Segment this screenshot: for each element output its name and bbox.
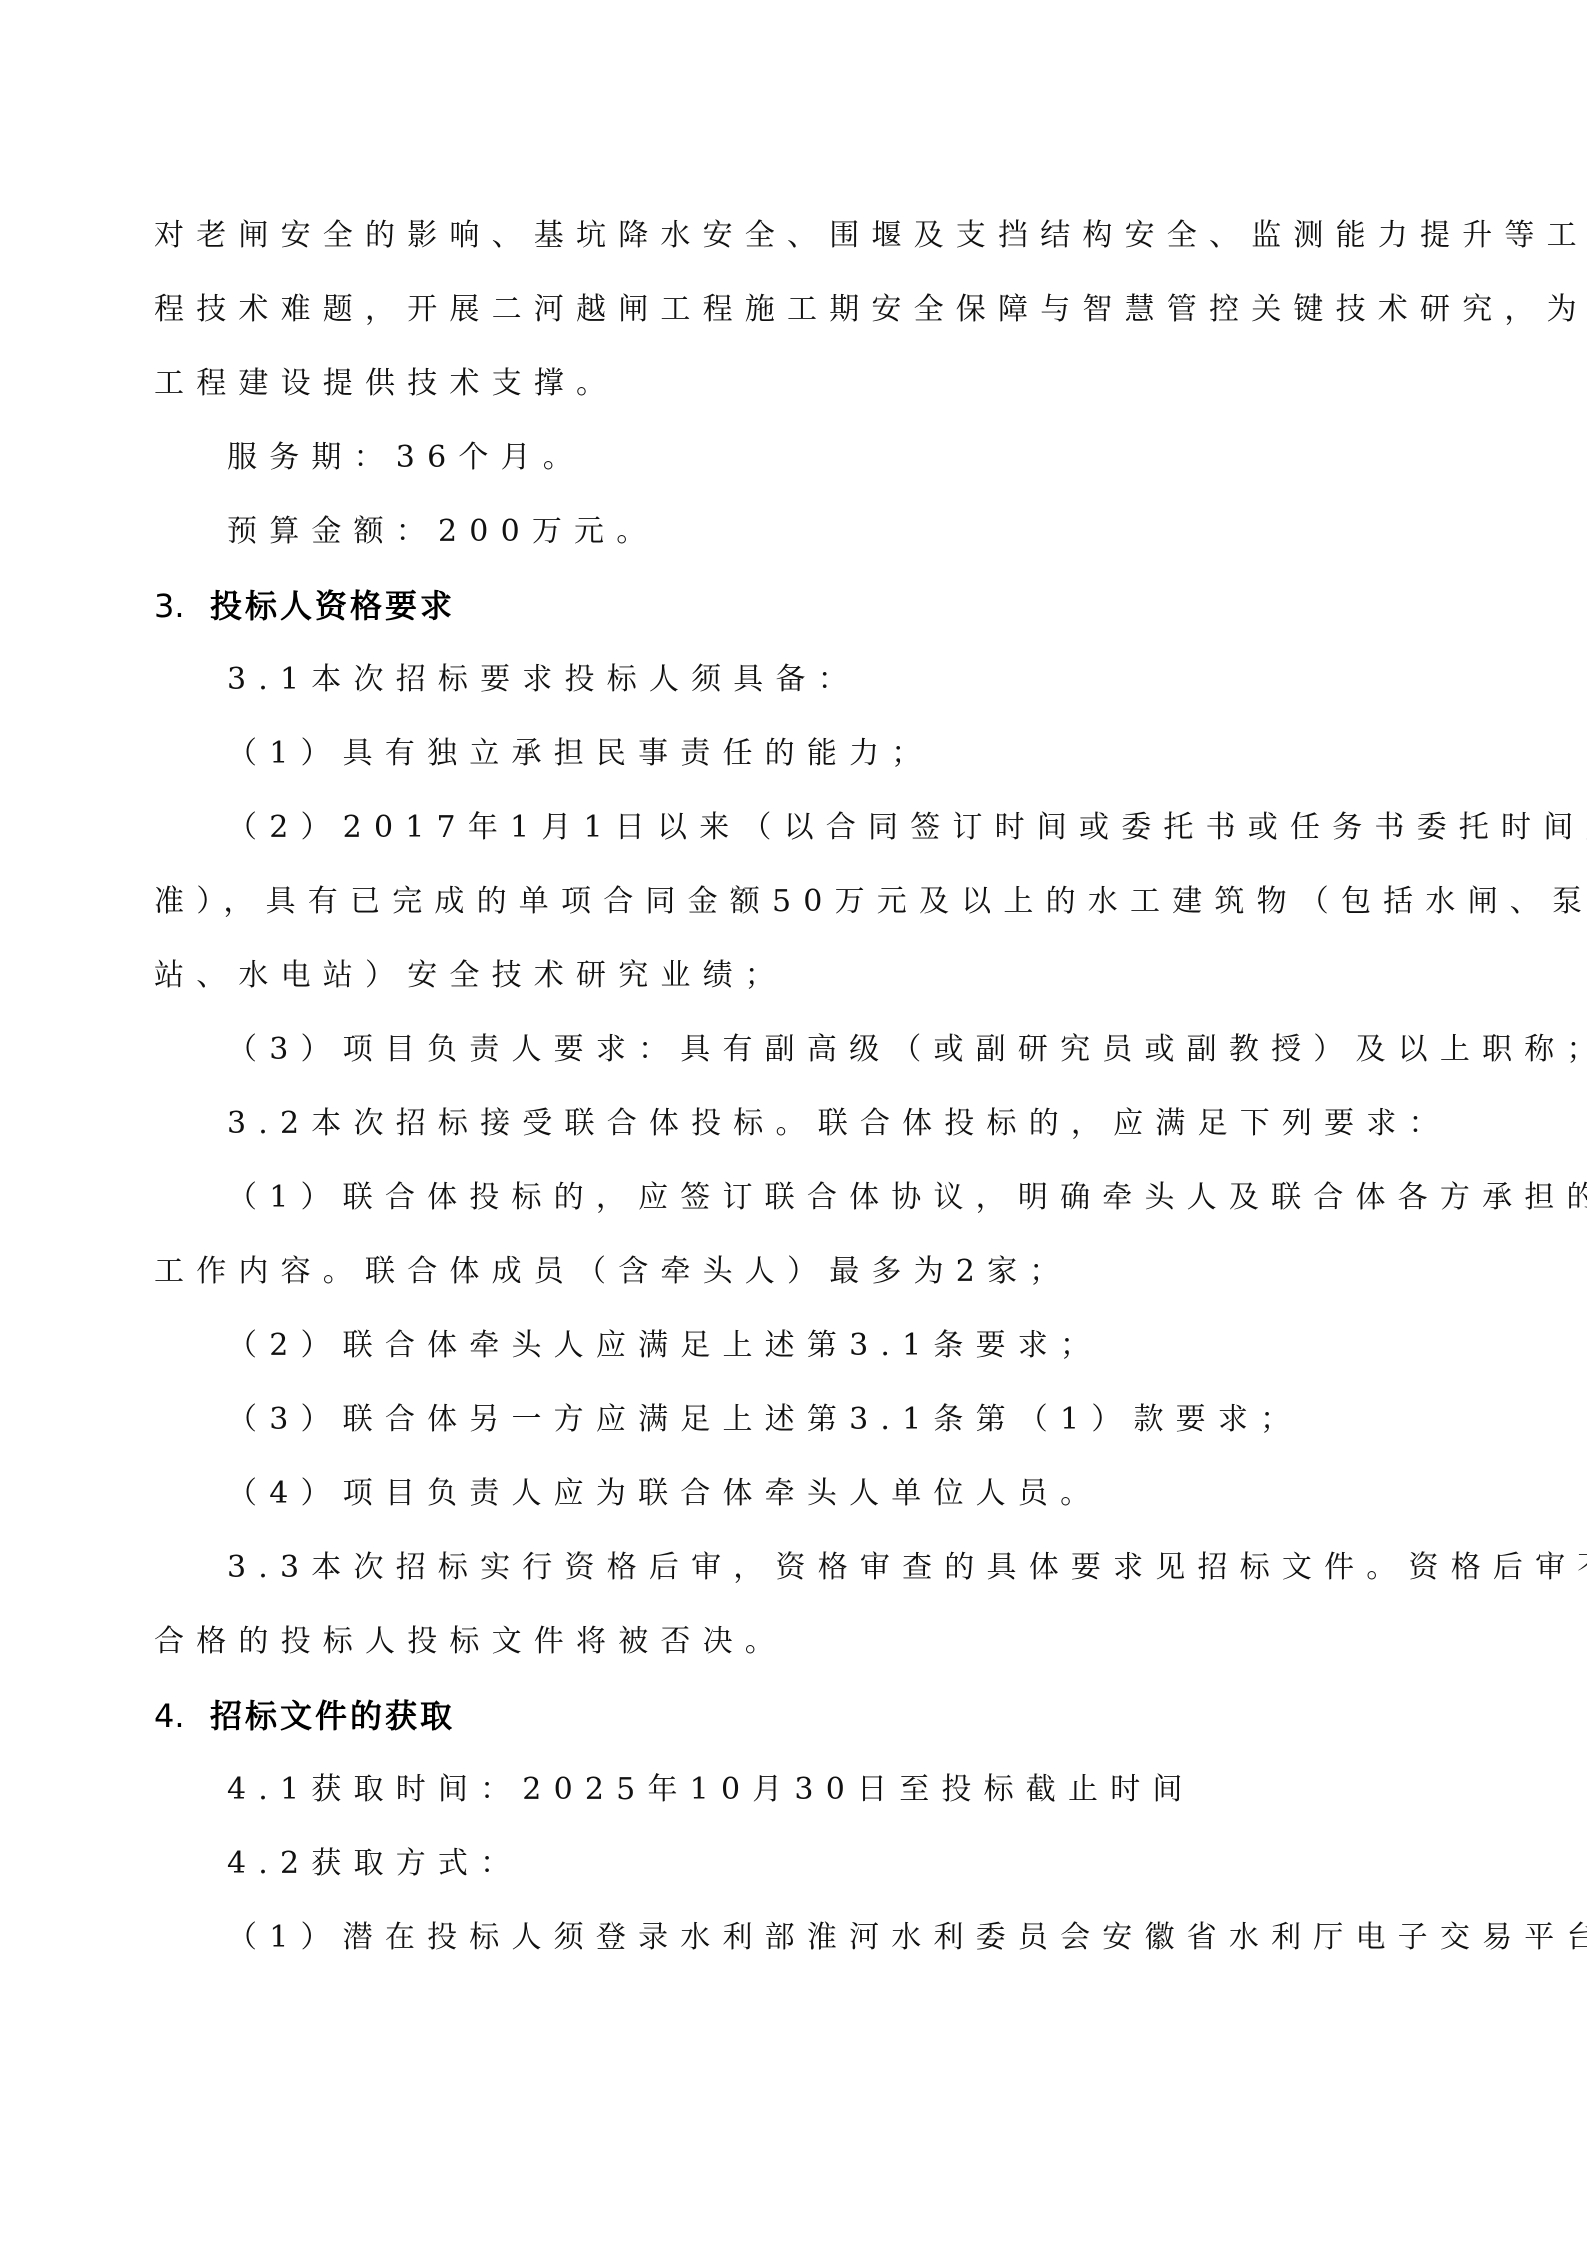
- clause-3-1: 3.1本次招标要求投标人须具备：: [154, 643, 1439, 717]
- list-item: （1）具有独立承担民事责任的能力；: [154, 717, 1439, 791]
- list-item: （3）项目负责人要求：具有副高级（或副研究员或副教授）及以上职称；: [154, 1013, 1439, 1087]
- paragraph-line: 准），具有已完成的单项合同金额50万元及以上的水工建筑物（包括水闸、泵: [154, 865, 1439, 939]
- section-heading-4: 4.招标文件的获取: [154, 1679, 1439, 1753]
- document-page: 对老闸安全的影响、基坑降水安全、围堰及支挡结构安全、监测能力提升等工 程技术难题…: [0, 0, 1587, 2245]
- list-item: （1）联合体投标的，应签订联合体协议，明确牵头人及联合体各方承担的: [154, 1161, 1439, 1235]
- list-item: （4）项目负责人应为联合体牵头人单位人员。: [154, 1457, 1439, 1531]
- section-title: 招标文件的获取: [210, 1679, 455, 1753]
- paragraph-line: 工作内容。联合体成员（含牵头人）最多为2家；: [154, 1235, 1439, 1309]
- list-item: （2）联合体牵头人应满足上述第3.1条要求；: [154, 1309, 1439, 1383]
- paragraph-line: 工程建设提供技术支撑。: [154, 347, 1439, 421]
- section-number: 4.: [154, 1679, 210, 1753]
- clause-3-3: 3.3本次招标实行资格后审，资格审查的具体要求见招标文件。资格后审不: [154, 1531, 1439, 1605]
- list-item: （3）联合体另一方应满足上述第3.1条第（1）款要求；: [154, 1383, 1439, 1457]
- clause-3-2: 3.2本次招标接受联合体投标。联合体投标的，应满足下列要求：: [154, 1087, 1439, 1161]
- section-title: 投标人资格要求: [210, 569, 455, 643]
- section-heading-3: 3.投标人资格要求: [154, 569, 1439, 643]
- clause-4-2: 4.2获取方式：: [154, 1827, 1439, 1901]
- paragraph-line: 站、水电站）安全技术研究业绩；: [154, 939, 1439, 1013]
- list-item: （2）2017年1月1日以来（以合同签订时间或委托书或任务书委托时间为: [154, 791, 1439, 865]
- paragraph-line: 合格的投标人投标文件将被否决。: [154, 1605, 1439, 1679]
- clause-4-1: 4.1获取时间：2025年10月30日至投标截止时间: [154, 1753, 1439, 1827]
- budget-line: 预算金额：200万元。: [154, 495, 1439, 569]
- section-number: 3.: [154, 569, 210, 643]
- document-body: 对老闸安全的影响、基坑降水安全、围堰及支挡结构安全、监测能力提升等工 程技术难题…: [154, 199, 1439, 1975]
- paragraph-line: 对老闸安全的影响、基坑降水安全、围堰及支挡结构安全、监测能力提升等工: [154, 199, 1439, 273]
- service-period-line: 服务期：36个月。: [154, 421, 1439, 495]
- paragraph-line: 程技术难题，开展二河越闸工程施工期安全保障与智慧管控关键技术研究，为: [154, 273, 1439, 347]
- list-item: （1）潜在投标人须登录水利部淮河水利委员会安徽省水利厅电子交易平台: [154, 1901, 1439, 1975]
